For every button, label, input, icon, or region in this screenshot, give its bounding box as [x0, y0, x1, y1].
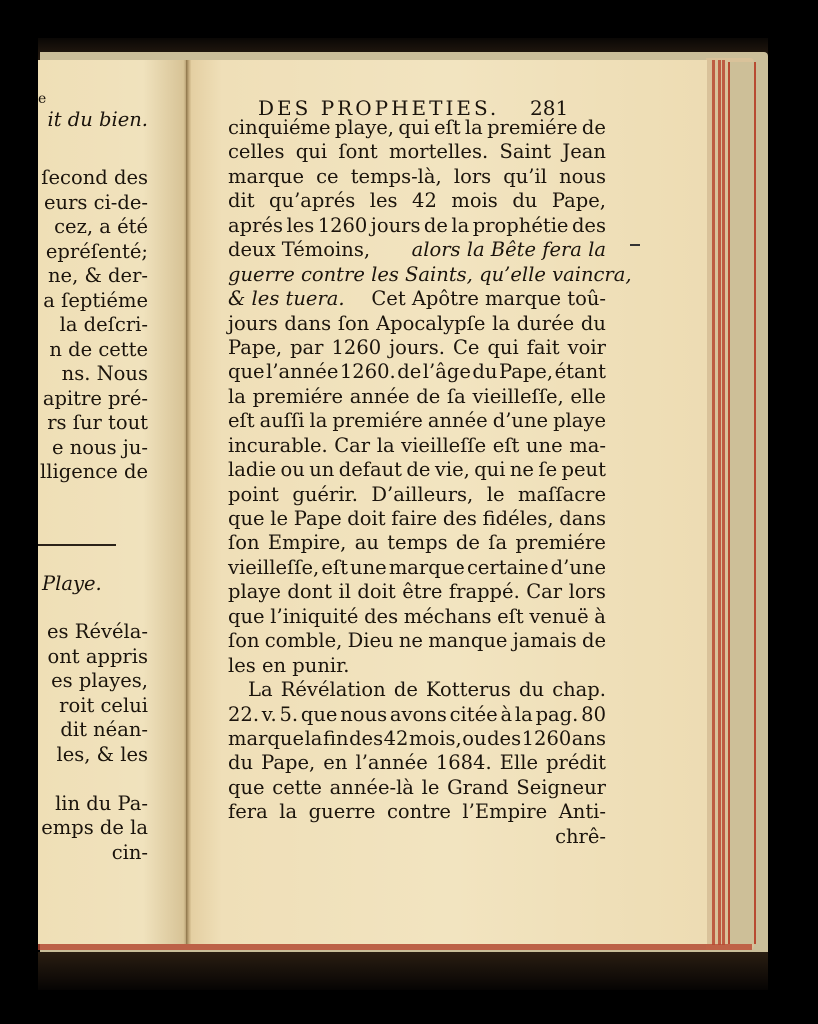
text-line: lligence de: [38, 460, 188, 485]
text-line: Pape,par1260jours.Cequifaitvoir: [228, 336, 606, 360]
text-line: a ſeptiéme: [38, 289, 188, 314]
text-line: ne, & der-: [38, 264, 188, 289]
margin-mark: [630, 244, 640, 246]
section-heading: Playe.: [38, 572, 188, 597]
text-line: quel’iniquitédesméchanseſtvenuëà: [228, 605, 606, 629]
paragraph-start: LaRévélationdeKotterusduchap.: [228, 678, 606, 702]
text-line: pointguérir.D’ailleurs,lemaſſacre: [228, 483, 606, 507]
text-line: dit néan-: [38, 718, 188, 743]
italic-quote: alors la Bête fera la: [412, 238, 606, 262]
left-section-heading: Playe.: [38, 572, 188, 597]
right-page-body: cinquiémeplaye,quieſtlapremiérede celles…: [228, 116, 606, 849]
text-line-mixed: deux Témoins,alors la Bête fera la: [228, 238, 606, 262]
text-line: playedontildoitêtrefrappé.Carlors: [228, 580, 606, 604]
text-line: quelePapedoitfairedesfidéles,dans: [228, 507, 606, 531]
text-line: cinquiémeplaye,quieſtlapremiérede: [228, 116, 606, 140]
text-line: emps de la: [38, 816, 188, 841]
text-line: cez, a été: [38, 215, 188, 240]
text-line: roit celui: [38, 694, 188, 719]
left-page-block-1: ſecond des eurs ci-de- cez, a été epréſe…: [38, 166, 188, 485]
text-line: les en punir.: [228, 654, 606, 678]
text-line: epréſenté;: [38, 240, 188, 265]
text-line-mixed: & les tuera.Cet Apôtre marque toû-: [228, 287, 606, 311]
text-line: lapremiéreannéedeſavieilleſſe,elle: [228, 385, 606, 409]
text-line: cellesquiſontmortelles.SaintJean: [228, 140, 606, 164]
text-line: ladieouundefautdevie,quineſepeut: [228, 458, 606, 482]
text-line: ont appris: [38, 645, 188, 670]
text-line: es playes,: [38, 669, 188, 694]
text-line: apitre pré-: [38, 387, 188, 412]
italic-quote: guerre contre les Saints, qu’elle vaincr…: [228, 263, 632, 287]
left-italic-fragment: it du bien.: [38, 108, 188, 133]
text-line: lin du Pa-: [38, 792, 188, 817]
text-line: ditqu’aprésles42moisduPape,: [228, 189, 606, 213]
text-line: marquecetemps-là,lorsqu’ilnous: [228, 165, 606, 189]
red-bottom-edge: [38, 944, 752, 950]
text-line: incurable.Carlavieilleſſeeſtunema-: [228, 434, 606, 458]
endpaper-red-ruled: [728, 62, 756, 944]
italic-quote: & les tuera.: [228, 287, 345, 311]
catchword: chrê-: [228, 825, 606, 849]
text-line: vieilleſſe,eſtunemarquecertained’une: [228, 556, 606, 580]
left-running-head-fragment: e: [38, 90, 188, 108]
left-page-block-2: es Révéla- ont appris es playes, roit ce…: [38, 620, 188, 865]
text-line: es Révéla-: [38, 620, 188, 645]
text-line: cin-: [38, 841, 188, 866]
text-line: eurs ci-de-: [38, 191, 188, 216]
text-line: e nous ju-: [38, 436, 188, 461]
text-line: ſoncomble,Dieunemanquejamaisde: [228, 629, 606, 653]
text-line: ſecond des: [38, 166, 188, 191]
text-line: [38, 767, 188, 792]
left-page-top: e it du bien.: [38, 90, 188, 133]
red-page-edge: [712, 60, 715, 945]
text-line: eſtauſſilapremiéreannéed’uneplaye: [228, 409, 606, 433]
red-page-edge: [718, 60, 721, 945]
binding-bottom-shadow: [38, 952, 768, 990]
text-line: feralaguerrecontrel’EmpireAnti-: [228, 800, 606, 824]
text-line: quecetteannée-làleGrandSeigneur: [228, 776, 606, 800]
text-line: ſonEmpire,autempsdeſapremiére: [228, 531, 606, 555]
red-page-edge: [722, 60, 725, 945]
section-divider-rule: [38, 544, 116, 546]
book-scan: e it du bien. ſecond des eurs ci-de- cez…: [0, 0, 818, 1024]
text-line: rs ſur tout: [38, 411, 188, 436]
text-line: duPape,enl’année1684.Elleprédit: [228, 751, 606, 775]
text-line: marquelafindes42mois,oudes1260ans: [228, 727, 606, 751]
text-line: la deſcri-: [38, 313, 188, 338]
text-line: quel’année1260.del’âgeduPape,étant: [228, 360, 606, 384]
text-line-italic: guerre contre les Saints, qu’elle vaincr…: [228, 263, 606, 287]
text-line: aprésles1260joursdelaprophétiedes: [228, 214, 606, 238]
text-line: n de cette: [38, 338, 188, 363]
text-line: 22.v.5.quenousavonscitéeàlapag.80: [228, 703, 606, 727]
text-line: les, & les: [38, 743, 188, 768]
text-line: ns. Nous: [38, 362, 188, 387]
text-line: joursdansſonApocalypſeladuréedu: [228, 312, 606, 336]
